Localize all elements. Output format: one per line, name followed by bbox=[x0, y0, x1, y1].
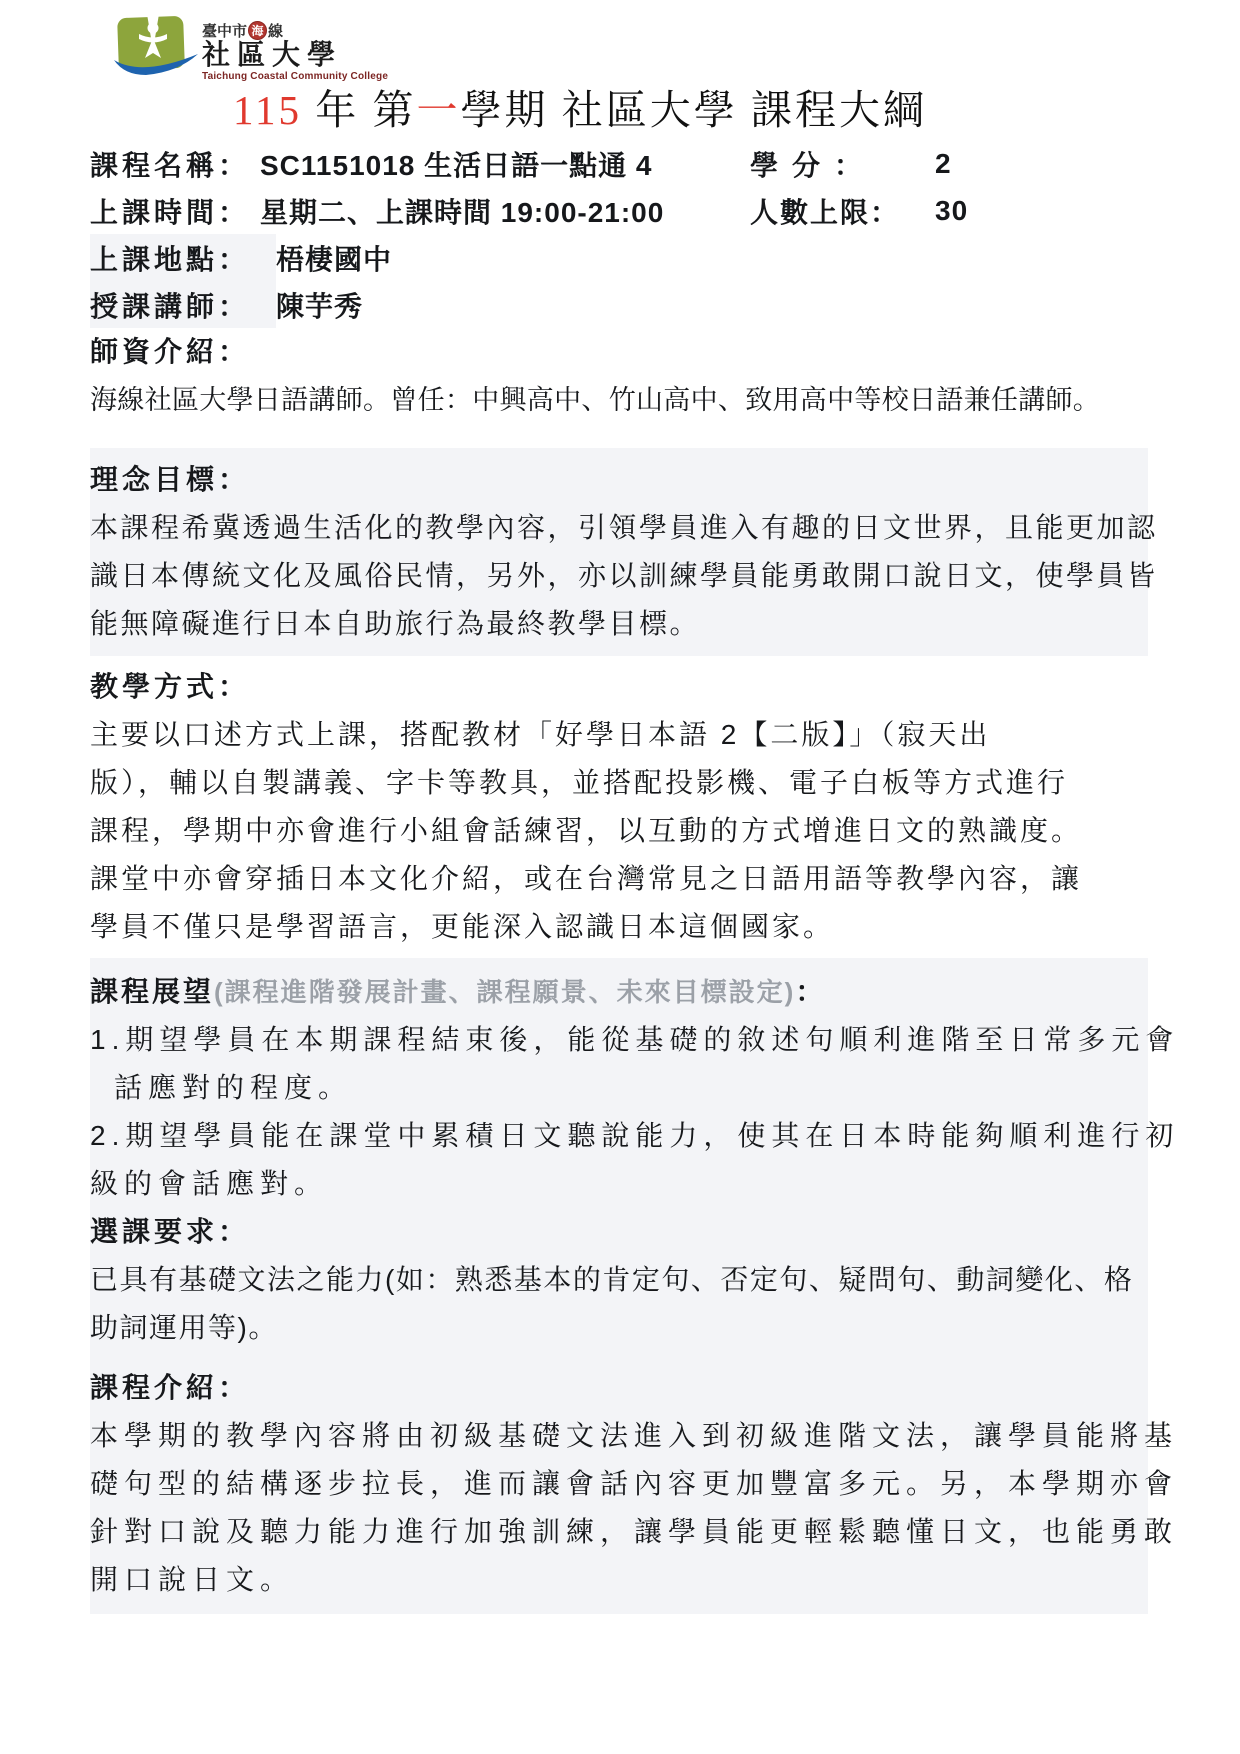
course-introduction-line: 礎句型的結構逐步拉長，進而讓會話內容更加豐富多元。另，本學期亦會 bbox=[90, 1460, 1148, 1508]
teaching-method-line: 版），輔以自製講義、字卡等教具，並搭配投影機、電子白板等方式進行 bbox=[90, 759, 1148, 807]
school-logo: 臺中市 海 線 社區大學 Taichung Coastal Community … bbox=[112, 14, 388, 83]
row-course-name: 課程名稱： SC1151018 生活日語一點通 4 學分： 2 bbox=[90, 140, 1148, 187]
title-year-number: 115 bbox=[233, 87, 302, 133]
row-class-location: 上課地點： 梧棲國中 bbox=[90, 234, 1148, 281]
course-introduction-line: 開口說日文。 bbox=[90, 1556, 1148, 1604]
title-mid-text: 年 第 bbox=[302, 87, 417, 133]
credits-label: 學分： bbox=[750, 144, 935, 184]
course-outlook-heading-line: 課程展望(課程進階發展計畫、課程願景、未來目標設定)： bbox=[90, 968, 1148, 1016]
class-location-value: 梧棲國中 bbox=[276, 238, 766, 278]
max-students-value: 30 bbox=[935, 195, 968, 227]
class-location-label: 上課地點： bbox=[90, 234, 276, 281]
enrollment-requirements-heading: 選課要求： bbox=[90, 1208, 1148, 1256]
section-instructor-intro: 師資介紹： 海線社區大學日語講師。曾任：中興高中、竹山高中、致用高中等校日語兼任… bbox=[90, 328, 1148, 424]
section-goals: 理念目標： 本課程希冀透過生活化的教學內容，引領學員進入有趣的日文世界，且能更加… bbox=[90, 448, 1148, 656]
document-body: 課程名稱： SC1151018 生活日語一點通 4 學分： 2 上課時間： 星期… bbox=[90, 140, 1148, 1614]
logo-english-name: Taichung Coastal Community College bbox=[202, 71, 388, 83]
class-time-label: 上課時間： bbox=[90, 191, 260, 231]
logo-book-icon bbox=[112, 14, 200, 78]
course-name-label: 課程名稱： bbox=[90, 144, 260, 184]
instructor-value: 陳芋秀 bbox=[276, 285, 766, 325]
section-enrollment-requirements: 選課要求： 已具有基礎文法之能力(如：熟悉基本的肯定句、否定句、疑問句、動詞變化… bbox=[90, 1208, 1148, 1352]
title-semester-number: 一 bbox=[416, 87, 460, 133]
teaching-method-line: 課程，學期中亦會進行小組會話練習，以互動的方式增進日文的熟識度。 bbox=[90, 807, 1148, 855]
course-info-table: 課程名稱： SC1151018 生活日語一點通 4 學分： 2 上課時間： 星期… bbox=[90, 140, 1148, 328]
document-page: 臺中市 海 線 社區大學 Taichung Coastal Community … bbox=[0, 0, 1240, 1754]
goals-line: 識日本傳統文化及風俗民情，另外，亦以訓練學員能勇敢開口說日文，使學員皆 bbox=[90, 552, 1148, 600]
course-outlook-heading-note: (課程進階發展計畫、課程願景、未來目標設定) bbox=[214, 977, 795, 1007]
instructor-intro-line: 海線社區大學日語講師。曾任：中興高中、竹山高中、致用高中等校日語兼任講師。 bbox=[90, 376, 1148, 424]
course-introduction-line: 針對口說及聽力能力進行加強訓練，讓學員能更輕鬆聽懂日文，也能勇敢 bbox=[90, 1508, 1148, 1556]
course-outlook-heading: 課程展望 bbox=[90, 976, 214, 1007]
logo-school-name: 社區大學 bbox=[202, 40, 388, 71]
goals-heading: 理念目標： bbox=[90, 456, 1148, 504]
logo-line-text: 線 bbox=[268, 20, 283, 41]
course-outlook-line: 話應對的程度。 bbox=[90, 1064, 1148, 1112]
teaching-method-line: 學員不僅只是學習語言，更能深入認識日本這個國家。 bbox=[90, 903, 1148, 951]
lower-shaded-block: 課程展望(課程進階發展計畫、課程願景、未來目標設定)： 1.期望學員在本期課程結… bbox=[90, 958, 1148, 1614]
max-students-label: 人數上限： bbox=[750, 191, 935, 231]
course-introduction-heading: 課程介紹： bbox=[90, 1364, 1148, 1412]
goals-line: 本課程希冀透過生活化的教學內容，引領學員進入有趣的日文世界，且能更加認 bbox=[90, 504, 1148, 552]
section-course-introduction: 課程介紹： 本學期的教學內容將由初級基礎文法進入到初級進階文法，讓學員能將基 礎… bbox=[90, 1364, 1148, 1604]
enrollment-requirements-line: 助詞運用等)。 bbox=[90, 1304, 1148, 1352]
credits-value: 2 bbox=[935, 148, 952, 180]
course-introduction-line: 本學期的教學內容將由初級基礎文法進入到初級進階文法，讓學員能將基 bbox=[90, 1412, 1148, 1460]
logo-city-text: 臺中市 bbox=[202, 20, 247, 41]
course-outlook-line: 2.期望學員能在課堂中累積日文聽說能力，使其在日本時能夠順利進行初 bbox=[90, 1112, 1148, 1160]
class-time-value: 星期二、上課時間 19:00-21:00 bbox=[260, 191, 750, 231]
instructor-label: 授課講師： bbox=[90, 281, 276, 328]
instructor-intro-heading: 師資介紹： bbox=[90, 328, 1148, 376]
title-rest-text: 學期 社區大學 課程大綱 bbox=[460, 87, 927, 133]
teaching-method-heading: 教學方式： bbox=[90, 663, 1148, 711]
logo-text-block: 臺中市 海 線 社區大學 Taichung Coastal Community … bbox=[202, 14, 388, 83]
enrollment-requirements-line: 已具有基礎文法之能力(如：熟悉基本的肯定句、否定句、疑問句、動詞變化、格 bbox=[90, 1256, 1148, 1304]
course-outlook-line: 1.期望學員在本期課程結束後，能從基礎的敘述句順利進階至日常多元會 bbox=[90, 1016, 1148, 1064]
teaching-method-line: 課堂中亦會穿插日本文化介紹，或在台灣常見之日語用語等教學內容，讓 bbox=[90, 855, 1148, 903]
section-teaching-method: 教學方式： 主要以口述方式上課，搭配教材「好學日本語 2【二版】」（寂天出 版）… bbox=[90, 656, 1148, 958]
logo-region-line: 臺中市 海 線 bbox=[202, 20, 388, 40]
section-course-outlook: 課程展望(課程進階發展計畫、課程願景、未來目標設定)： 1.期望學員在本期課程結… bbox=[90, 968, 1148, 1208]
course-name-value: SC1151018 生活日語一點通 4 bbox=[260, 144, 750, 184]
course-outlook-heading-colon: ： bbox=[795, 976, 826, 1007]
row-class-time: 上課時間： 星期二、上課時間 19:00-21:00 人數上限： 30 bbox=[90, 187, 1148, 234]
course-outlook-line: 級的會話應對。 bbox=[90, 1160, 1148, 1208]
goals-line: 能無障礙進行日本自助旅行為最終教學目標。 bbox=[90, 600, 1148, 648]
logo-sea-seal-icon: 海 bbox=[248, 21, 267, 40]
teaching-method-line: 主要以口述方式上課，搭配教材「好學日本語 2【二版】」（寂天出 bbox=[90, 711, 1148, 759]
row-instructor: 授課講師： 陳芋秀 bbox=[90, 281, 1148, 328]
